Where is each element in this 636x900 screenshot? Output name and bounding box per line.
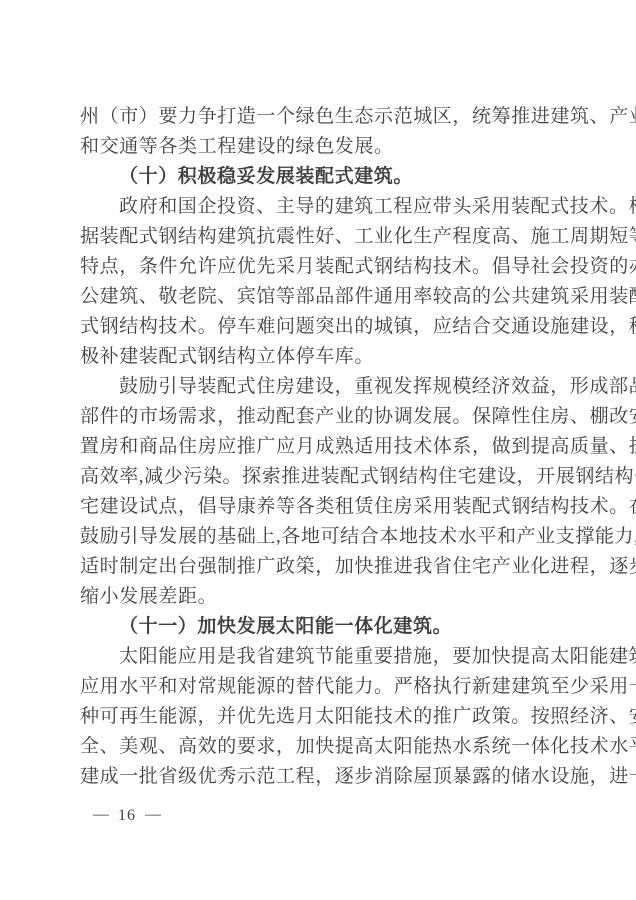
- section-heading-11: （十一）加快发展太阳能一体化建筑。: [80, 612, 560, 642]
- footer-dash-left: —: [93, 803, 109, 827]
- text-line: 鼓励引导发展的基础上,各地可结合本地技术水平和产业支撑能力,: [80, 522, 560, 552]
- text-line: 太阳能应用是我省建筑节能重要措施，要加快提高太阳能建筑: [80, 642, 560, 672]
- text-line: 置房和商品住房应推广应月成熟适用技术体系，做到提高质量、提: [80, 432, 560, 462]
- text-line: 全、美观、高效的要求，加快提高太阳能热水系统一体化技术水平，: [80, 732, 560, 762]
- section-heading-10: （十）积极稳妥发展装配式建筑。: [80, 162, 560, 192]
- page-number: 16: [118, 804, 136, 828]
- text-line: 公建筑、敬老院、宾馆等部品部件通用率较高的公共建筑采用装配: [80, 282, 560, 312]
- text-line: 州（市）要力争打造一个绿色生态示范城区，统筹推进建筑、产业: [80, 102, 560, 132]
- text-line: 适时制定出台强制推广政筞，加快推进我省住宅产业化进程，逐步: [80, 552, 560, 582]
- text-line: 部件的市场需求，推动配套产业的协调发展。保障性住房、棚改安: [80, 402, 560, 432]
- text-line: 政府和国企投资、主导的建筑工程应带头采用装配式技术。根: [80, 192, 560, 222]
- text-line: 极补建装配式钢结构立体停车库。: [80, 342, 560, 372]
- text-line: 式钢结构技术。停车难问题突出的城镇，应结合交通设施建设，积: [80, 312, 560, 342]
- document-text-block: 州（市）要力争打造一个绿色生态示范城区，统筹推进建筑、产业 和交通等各类工程建设…: [80, 102, 560, 792]
- text-line: 特点，条件允许应优先采月装配式钢结构技术。倡导社会投资的办: [80, 252, 560, 282]
- text-line: 种可再生能源，并优先选月太阳能技术的推广政策。按照经济、安: [80, 702, 560, 732]
- text-line: 建成一批省级优秀示范工程，逐步消除屋顶暴露的储水设施，进一: [80, 762, 560, 792]
- text-line: 据装配式钢结构建筑抗震性好、工业化生产程度高、施工周期短等: [80, 222, 560, 252]
- page-footer: —16—: [84, 804, 170, 828]
- document-page: 州（市）要力争打造一个绿色生态示范城区，统筹推进建筑、产业 和交通等各类工程建设…: [0, 0, 636, 900]
- text-line: 宅建设试点，倡导康养等各类租赁住房采用装配式钢结构技术。在: [80, 492, 560, 522]
- footer-dash-right: —: [145, 803, 161, 827]
- text-line: 鼓励引导装配式住房建设，重视发挥规模经济效益，形成部品: [80, 372, 560, 402]
- text-line: 应用水平和对常规能源的替代能力。严格执行新建建筑至少采用一: [80, 672, 560, 702]
- text-line: 高效率,减少污染。探索推进装配式钢结构住宅建设，开展钢结构住: [80, 462, 560, 492]
- text-line: 缩小发展差距。: [80, 582, 560, 612]
- text-line: 和交通等各类工程建设的绿色发展。: [80, 132, 560, 162]
